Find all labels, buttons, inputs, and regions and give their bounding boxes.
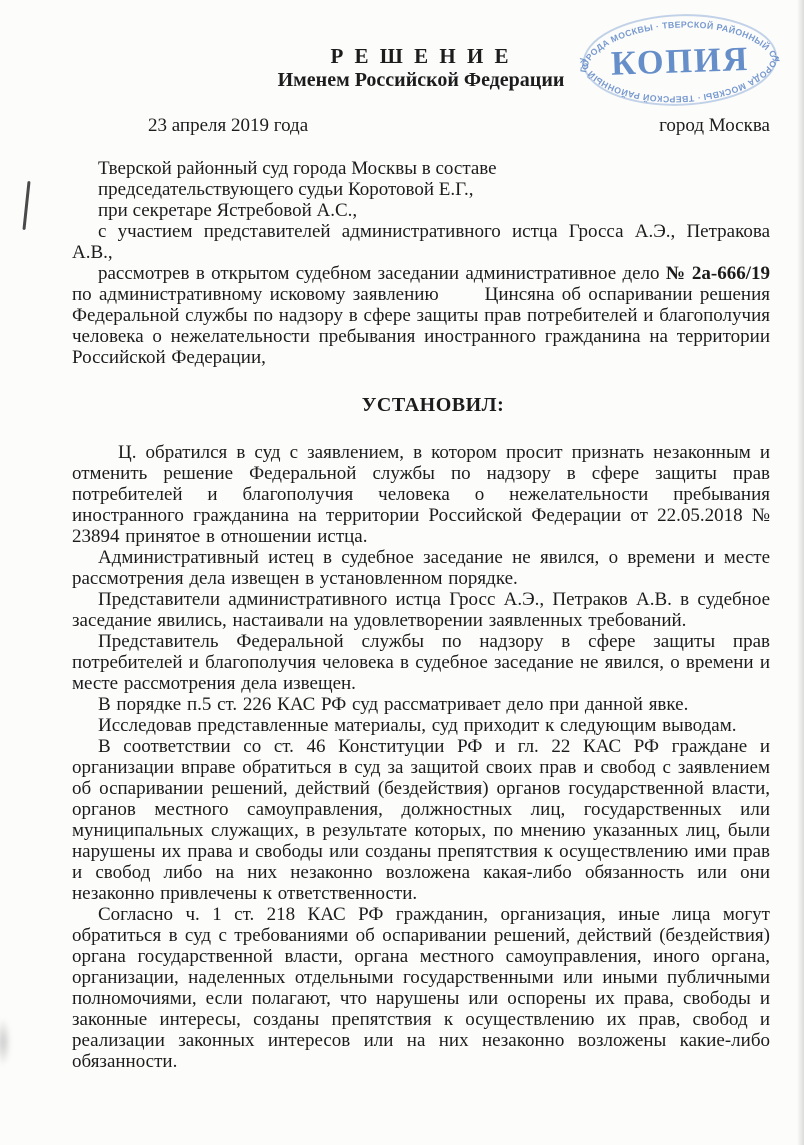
case-number: № 2а-666/19 (666, 263, 770, 284)
body-paragraph: Представитель Федеральной службы по надз… (72, 631, 770, 694)
case-mid-text: по административному исковому заявлению (72, 284, 439, 305)
case-paragraph: рассмотрев в открытом судебном заседании… (72, 263, 770, 368)
document-title: Р Е Ш Е Н И Е (72, 46, 770, 67)
intro-line: Тверской районный суд города Москвы в со… (72, 158, 770, 179)
body-paragraph: В порядке п.5 ст. 226 КАС РФ суд рассмат… (72, 694, 770, 715)
intro-line: А.В., (72, 242, 770, 263)
section-heading: УСТАНОВИЛ: (96, 395, 770, 416)
scanned-court-decision-page: { "header": { "title": "Р Е Ш Е Н И Е", … (0, 0, 804, 1145)
document-page: Р Е Ш Е Н И Е Именем Российской Федераци… (0, 46, 804, 1072)
intro-line: при секретаре Ястребовой А.С., (72, 200, 770, 221)
court-composition-block: Тверской районный суд города Москвы в со… (72, 158, 770, 263)
intro-line: с участием представителей административн… (72, 221, 770, 242)
date-city-row: 23 апреля 2019 года город Москва (72, 115, 770, 136)
body-paragraph: Представители административного истца Гр… (72, 589, 770, 631)
body-paragraph: В соответствии со ст. 46 Конституции РФ … (72, 736, 770, 904)
body-paragraph: Исследовав представленные материалы, суд… (72, 715, 770, 736)
intro-line: председательствующего судьи Коротовой Е.… (72, 179, 770, 200)
decision-city: город Москва (659, 115, 770, 136)
case-pre-text: рассмотрев в открытом судебном заседании… (98, 263, 666, 284)
body-paragraph: Ц. обратился в суд с заявлением, в котор… (72, 442, 770, 547)
body-paragraph: Согласно ч. 1 ст. 218 КАС РФ гражданин, … (72, 904, 770, 1072)
document-subtitle: Именем Российской Федерации (72, 70, 770, 91)
decision-body: Ц. обратился в суд с заявлением, в котор… (72, 442, 770, 1072)
body-paragraph: Административный истец в судебное заседа… (72, 547, 770, 589)
decision-date: 23 апреля 2019 года (148, 115, 308, 136)
